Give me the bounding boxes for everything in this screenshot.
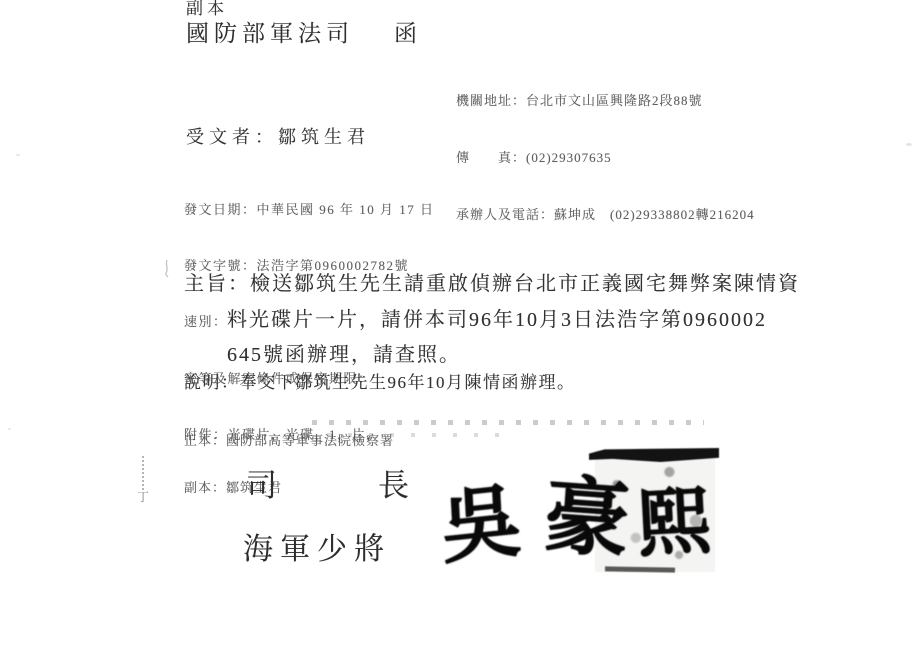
agency-info-block: 機關地址：台北市文山區興隆路2段88號 傳 真：(02)29307635 承辦人…	[456, 53, 755, 262]
scan-noise-speck	[906, 143, 912, 146]
issuing-agency-name: 國防部軍法司	[186, 21, 354, 46]
binding-line-dots	[142, 456, 144, 490]
letter-type-label: 函	[394, 21, 422, 46]
issue-date-line: 發文日期：中華民國 96 年 10 月 17 日	[184, 201, 435, 220]
scan-noise-speck	[16, 154, 20, 156]
margin-scan-squiggle	[146, 241, 172, 302]
signature-character: 吳	[438, 456, 524, 579]
signature-character: 豪	[541, 447, 634, 575]
subject-line-3: 645號函辦理，請查照。	[227, 338, 461, 367]
document-page: 副本 國防部軍法司函 機關地址：台北市文山區興隆路2段88號 傳 真：(02)2…	[0, 0, 924, 654]
subject-line-1: 主旨：檢送鄒筑生先生請重啟偵辦台北市正義國宅舞弊案陳情資	[184, 267, 800, 296]
director-title-label: 司 長	[246, 460, 411, 505]
signature-block: 吳 豪 熙	[435, 446, 735, 586]
faint-erased-text-row	[312, 420, 704, 425]
recipient-line: 受文者：鄒筑生君	[186, 123, 370, 149]
signature-character: 熙	[634, 462, 713, 572]
rank-label: 海軍少將	[243, 524, 391, 568]
agency-contact: 承辦人及電話：蘇坤成 (02)29338802轉216204	[456, 205, 755, 224]
explanation-line: 說明：奉交下鄒筑生先生96年10月陳情函辦理。	[184, 368, 576, 393]
faint-erased-text-row	[306, 433, 506, 437]
agency-fax: 傳 真：(02)29307635	[456, 148, 755, 167]
subject-line-2: 料光碟片一片，請併本司96年10月3日法浩字第0960002	[227, 303, 767, 332]
agency-address: 機關地址：台北市文山區興隆路2段88號	[456, 91, 755, 110]
document-title: 國防部軍法司函	[186, 15, 422, 48]
binding-line-mark: 丁	[137, 488, 149, 505]
scan-noise-speck	[8, 428, 11, 430]
